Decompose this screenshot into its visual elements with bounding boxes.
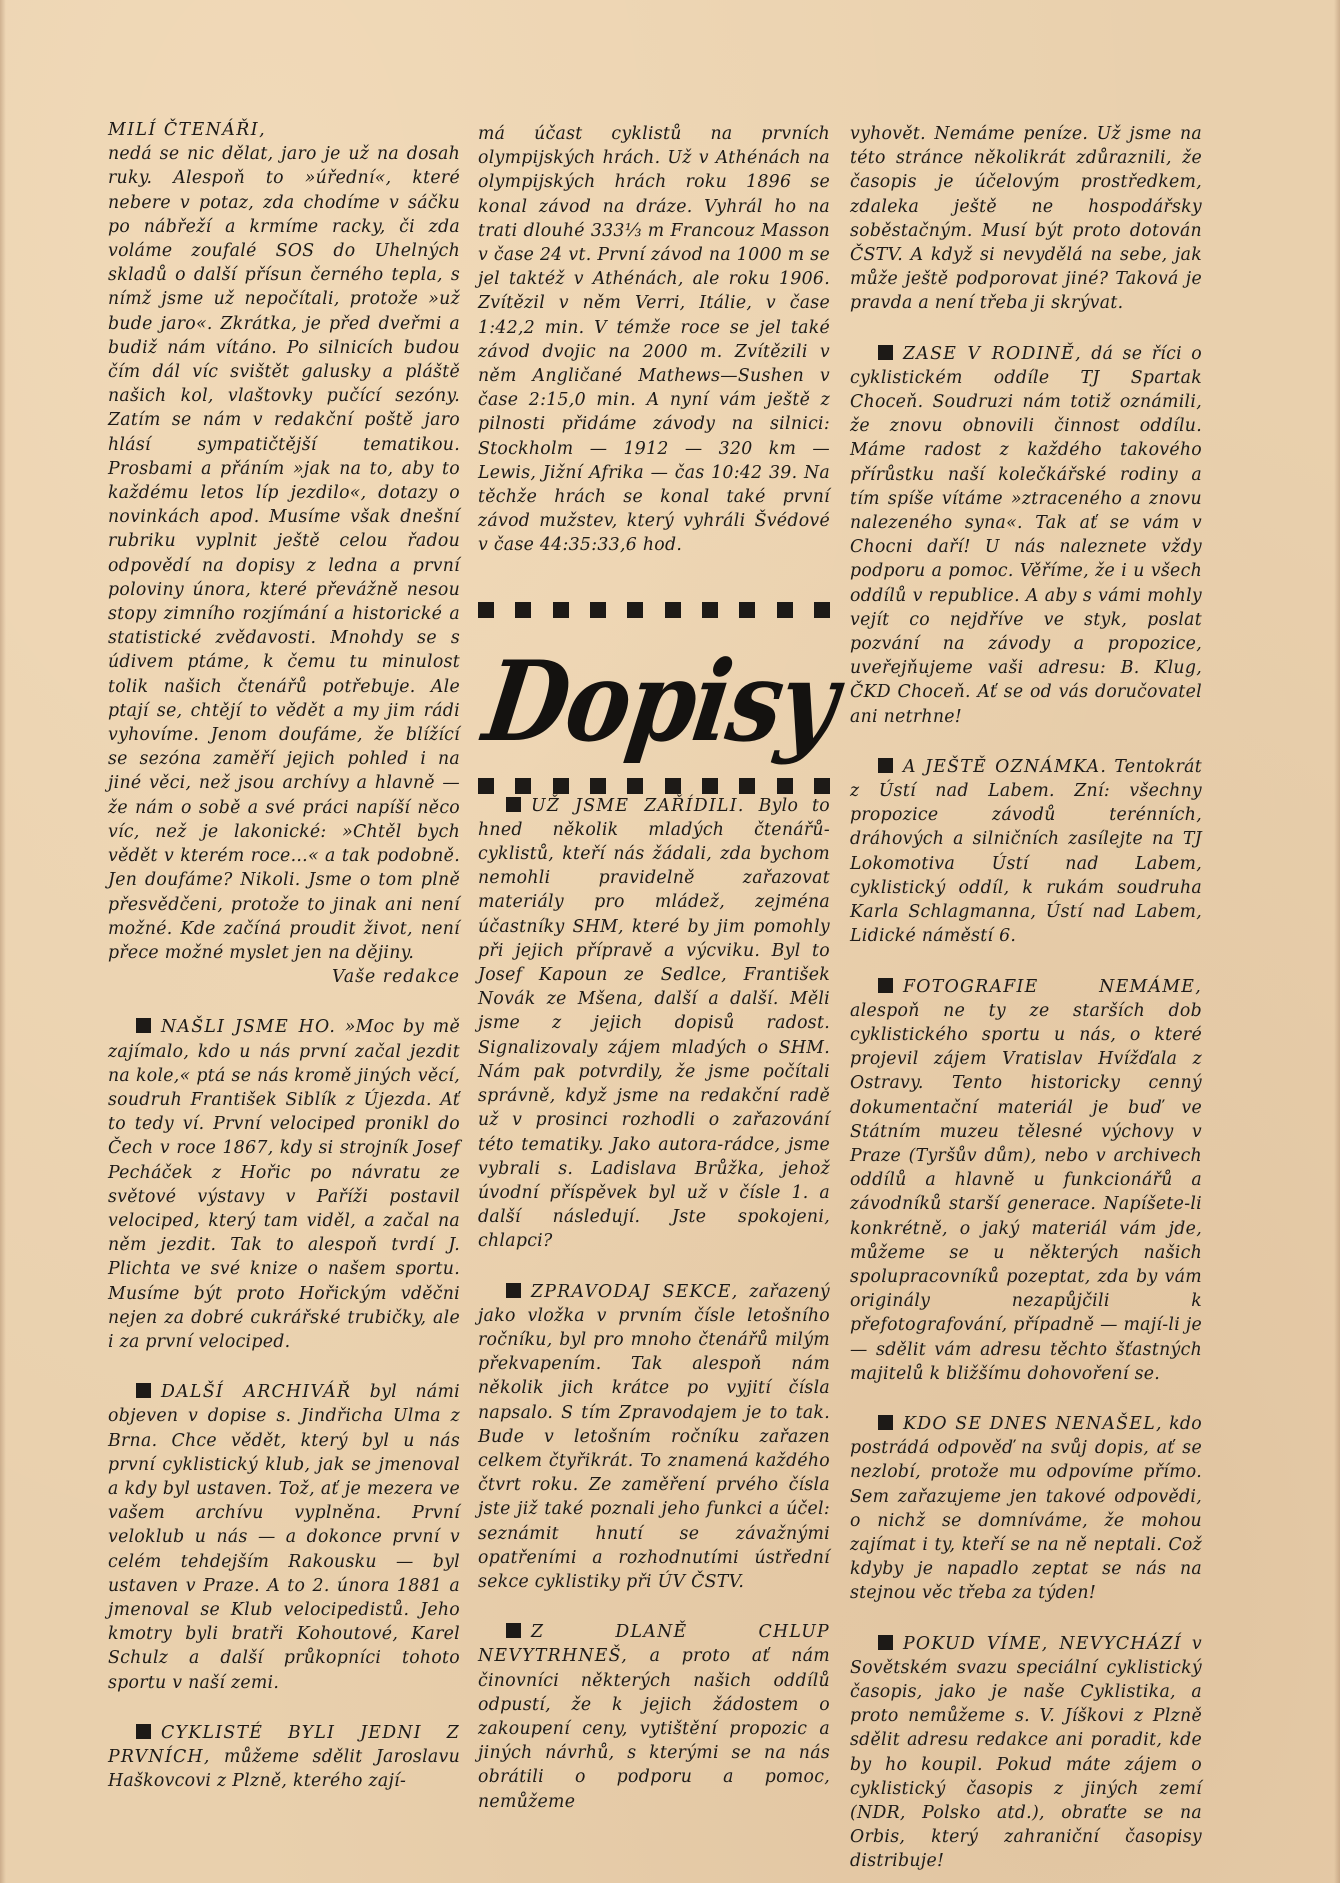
letter-item: CYKLISTÉ BYLI JEDNI Z PRVNÍCH, můžeme sd… [108,1721,460,1794]
decorative-dots-top [478,602,830,618]
item-heading: A JEŠTĚ OZNÁMKA. [903,757,1107,777]
column-3: vyhovět. Nemáme peníze. Už jsme na této … [850,122,1202,1874]
letter-item: NAŠLI JSME HO. »Moc by mě zajímalo, kdo … [108,1015,460,1354]
item-heading: UŽ JSME ZAŘÍDILI. [531,796,745,816]
square-dot-icon [590,602,606,618]
square-dot-icon [515,778,531,794]
item-heading: DALŠÍ ARCHIVÁŘ [161,1382,351,1402]
page-edge-left [0,0,6,1883]
page-edge-right [1334,0,1340,1883]
square-bullet-icon [136,1724,151,1739]
square-dot-icon [627,602,643,618]
square-bullet-icon [878,1635,893,1650]
square-dot-icon [814,602,830,618]
square-bullet-icon [878,758,893,773]
item-text: zařazený jako vložka v prvním čísle leto… [478,1282,830,1592]
square-dot-icon [814,778,830,794]
square-bullet-icon [878,978,893,993]
square-dot-icon [515,602,531,618]
square-bullet-icon [878,1415,893,1430]
square-bullet-icon [136,1383,151,1398]
letter-item: ZASE V RODINĚ, dá se říci o cyklistickém… [850,342,1202,729]
column-1: MILÍ ČTENÁŘI, nedá se nic dělat, jaro je… [108,118,460,1793]
column-2: má účast cyklistů na prvních olympijskýc… [478,122,830,1814]
item-heading: ZPRAVODAJ SEKCE, [531,1282,739,1302]
item-text: kdo postrádá odpověď na svůj dopis, ať s… [850,1414,1202,1603]
item-heading: POKUD VÍME, NEVYCHÁZÍ [903,1634,1182,1654]
item-heading: NAŠLI JSME HO. [161,1017,336,1037]
continuation-paragraph: vyhovět. Nemáme peníze. Už jsme na této … [850,122,1202,316]
item-heading: ZASE V RODINĚ, [903,344,1082,364]
square-dot-icon [590,778,606,794]
item-text: dá se říci o cyklistickém oddíle TJ Spar… [850,344,1202,727]
item-text: byl námi objeven v dopise s. Jindřicha U… [108,1382,460,1692]
square-dot-icon [627,778,643,794]
square-dot-icon [777,602,793,618]
square-bullet-icon [506,797,521,812]
continuation-paragraph: má účast cyklistů na prvních olympijskýc… [478,122,830,558]
item-text: Bylo to hned několik mladých čtenářů-cyk… [478,796,830,1252]
decorative-dots-bottom [478,778,830,794]
item-heading: KDO SE DNES NENAŠEL, [903,1414,1163,1434]
letter-item: FOTOGRAFIE NEMÁME, alespoň ne ty ze star… [850,975,1202,1386]
item-text: v Sovětském svazu speciální cyklistický … [850,1634,1202,1872]
item-text: »Moc by mě zajímalo, kdo u nás první zač… [108,1017,460,1352]
square-dot-icon [665,778,681,794]
square-dot-icon [478,602,494,618]
letter-item: DALŠÍ ARCHIVÁŘ byl námi objeven v dopise… [108,1380,460,1695]
letter-item: ZPRAVODAJ SEKCE, zařazený jako vložka v … [478,1280,830,1595]
square-dot-icon [478,778,494,794]
square-dot-icon [665,602,681,618]
square-bullet-icon [136,1018,151,1033]
letter-item: Z DLANĚ CHLUP NEVYTRHNEŠ, a proto ať nám… [478,1620,830,1814]
square-bullet-icon [506,1623,521,1638]
item-text: a proto ať nám činovníci některých našic… [478,1646,830,1811]
letter-item: KDO SE DNES NENAŠEL, kdo postrádá odpově… [850,1412,1202,1606]
letter-item: UŽ JSME ZAŘÍDILI. Bylo to hned několik m… [478,794,830,1254]
item-text: alespoň ne ty ze starších dob cyklistick… [850,1001,1202,1384]
item-text: Tentokrát z Ústí nad Labem. Zní: všechny… [850,757,1202,946]
square-dot-icon [739,602,755,618]
section-logo: Dopisy [478,602,830,794]
letter-item: POKUD VÍME, NEVYCHÁZÍ v Sovětském svazu … [850,1632,1202,1874]
square-dot-icon [553,778,569,794]
square-dot-icon [777,778,793,794]
intro-paragraph: nedá se nic dělat, jaro je už na dosah r… [108,142,460,965]
square-dot-icon [702,778,718,794]
letter-item: A JEŠTĚ OZNÁMKA. Tentokrát z Ústí nad La… [850,755,1202,949]
square-bullet-icon [506,1283,521,1298]
item-heading: FOTOGRAFIE NEMÁME, [903,977,1202,997]
greeting: MILÍ ČTENÁŘI, [108,118,460,142]
section-title-logo: Dopisy [470,646,838,756]
square-dot-icon [553,602,569,618]
square-dot-icon [702,602,718,618]
square-dot-icon [739,778,755,794]
signature: Vaše redakce [108,965,460,989]
square-bullet-icon [878,345,893,360]
